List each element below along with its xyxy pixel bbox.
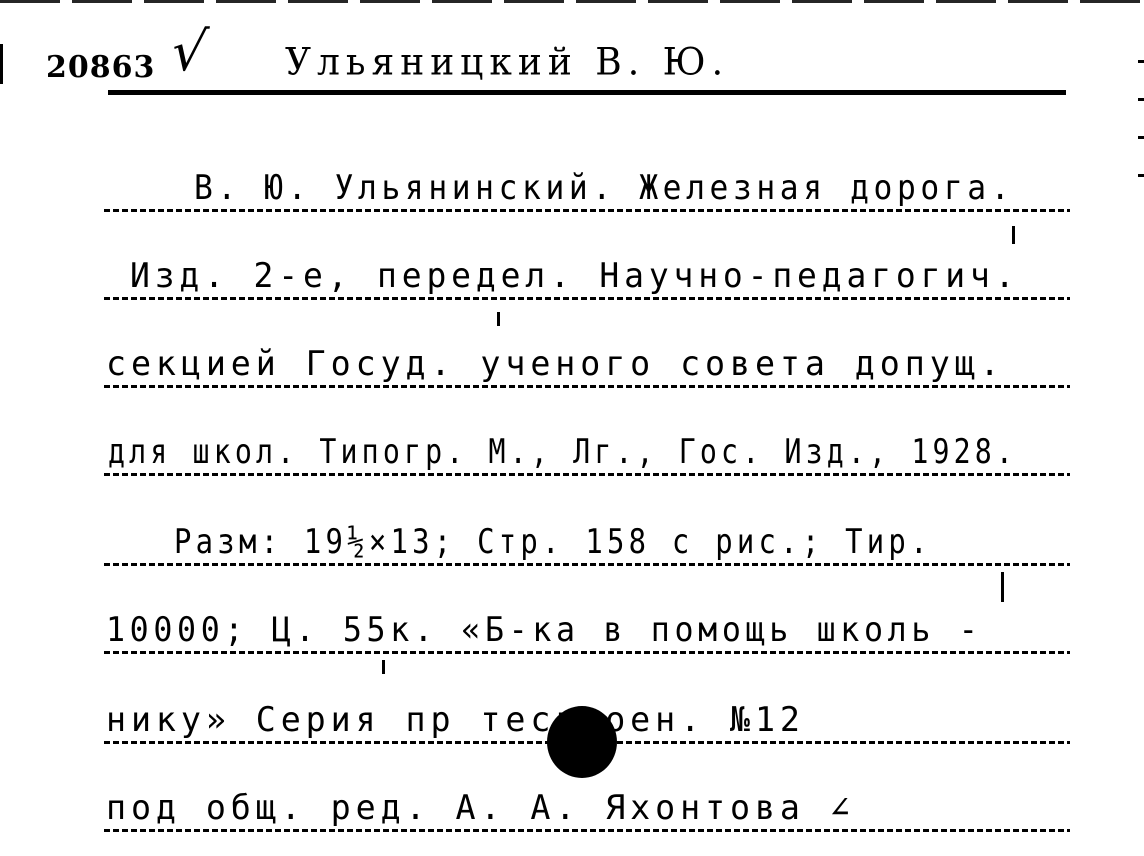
entry-underline (104, 651, 1070, 654)
ink-speck (497, 312, 500, 326)
entry-line-5: Разм: 19½×13; Стр. 158 с рис.; Тир. (104, 512, 1070, 568)
entry-line-4: для школ. Типогр. М., Лг., Гос. Изд., 19… (104, 422, 1070, 478)
card-left-mark (0, 44, 3, 84)
entry-underline (104, 473, 1070, 476)
entry-underline (104, 385, 1070, 388)
ink-speck (382, 660, 385, 674)
entry-line-3: секцией Госуд. ученого совета допущ. (104, 334, 1070, 390)
entry-text: нику» Серия пр тестроен. №12 (106, 700, 805, 740)
card-top-edge (0, 0, 1144, 3)
accession-number: 20863 (46, 50, 155, 85)
entry-line-2: Изд. 2-е, передел. Научно-педагогич. (104, 246, 1070, 302)
entry-text: под общ. ред. А. А. Яхонтова ∠ (106, 788, 855, 828)
ink-blot (547, 706, 617, 778)
heading-underline (108, 90, 1066, 95)
entry-text: Разм: 19½×13; Стр. 158 с рис.; Тир. (174, 522, 932, 562)
ink-speck (1001, 572, 1004, 602)
check-mark-icon: √ (168, 20, 211, 83)
catalog-card: 20863 √ Ульяницкий В. Ю. В. Ю. Ульянинск… (0, 0, 1144, 856)
author-heading: Ульяницкий В. Ю. (285, 41, 729, 84)
entry-text: для школ. Типогр. М., Лг., Гос. Изд., 19… (108, 432, 1017, 472)
ink-speck (1012, 226, 1015, 244)
entry-underline (104, 209, 1070, 212)
entry-line-1: В. Ю. Ульянинский. Железная дорога. (104, 158, 1070, 214)
entry-underline (104, 297, 1070, 300)
entry-text: 10000; Ц. 55к. «Б-ка в помощь школь - (106, 610, 982, 650)
card-right-ticks (1138, 60, 1144, 180)
entry-underline (104, 829, 1070, 832)
entry-text: В. Ю. Ульянинский. Железная дорога. (194, 168, 1014, 208)
entry-line-8: под общ. ред. А. А. Яхонтова ∠ (104, 778, 1070, 834)
entry-underline (104, 563, 1070, 566)
entry-line-6: 10000; Ц. 55к. «Б-ка в помощь школь - (104, 600, 1070, 656)
entry-text: секцией Госуд. ученого совета допущ. (106, 344, 1005, 384)
entry-text: Изд. 2-е, передел. Научно-педагогич. (130, 256, 1019, 296)
